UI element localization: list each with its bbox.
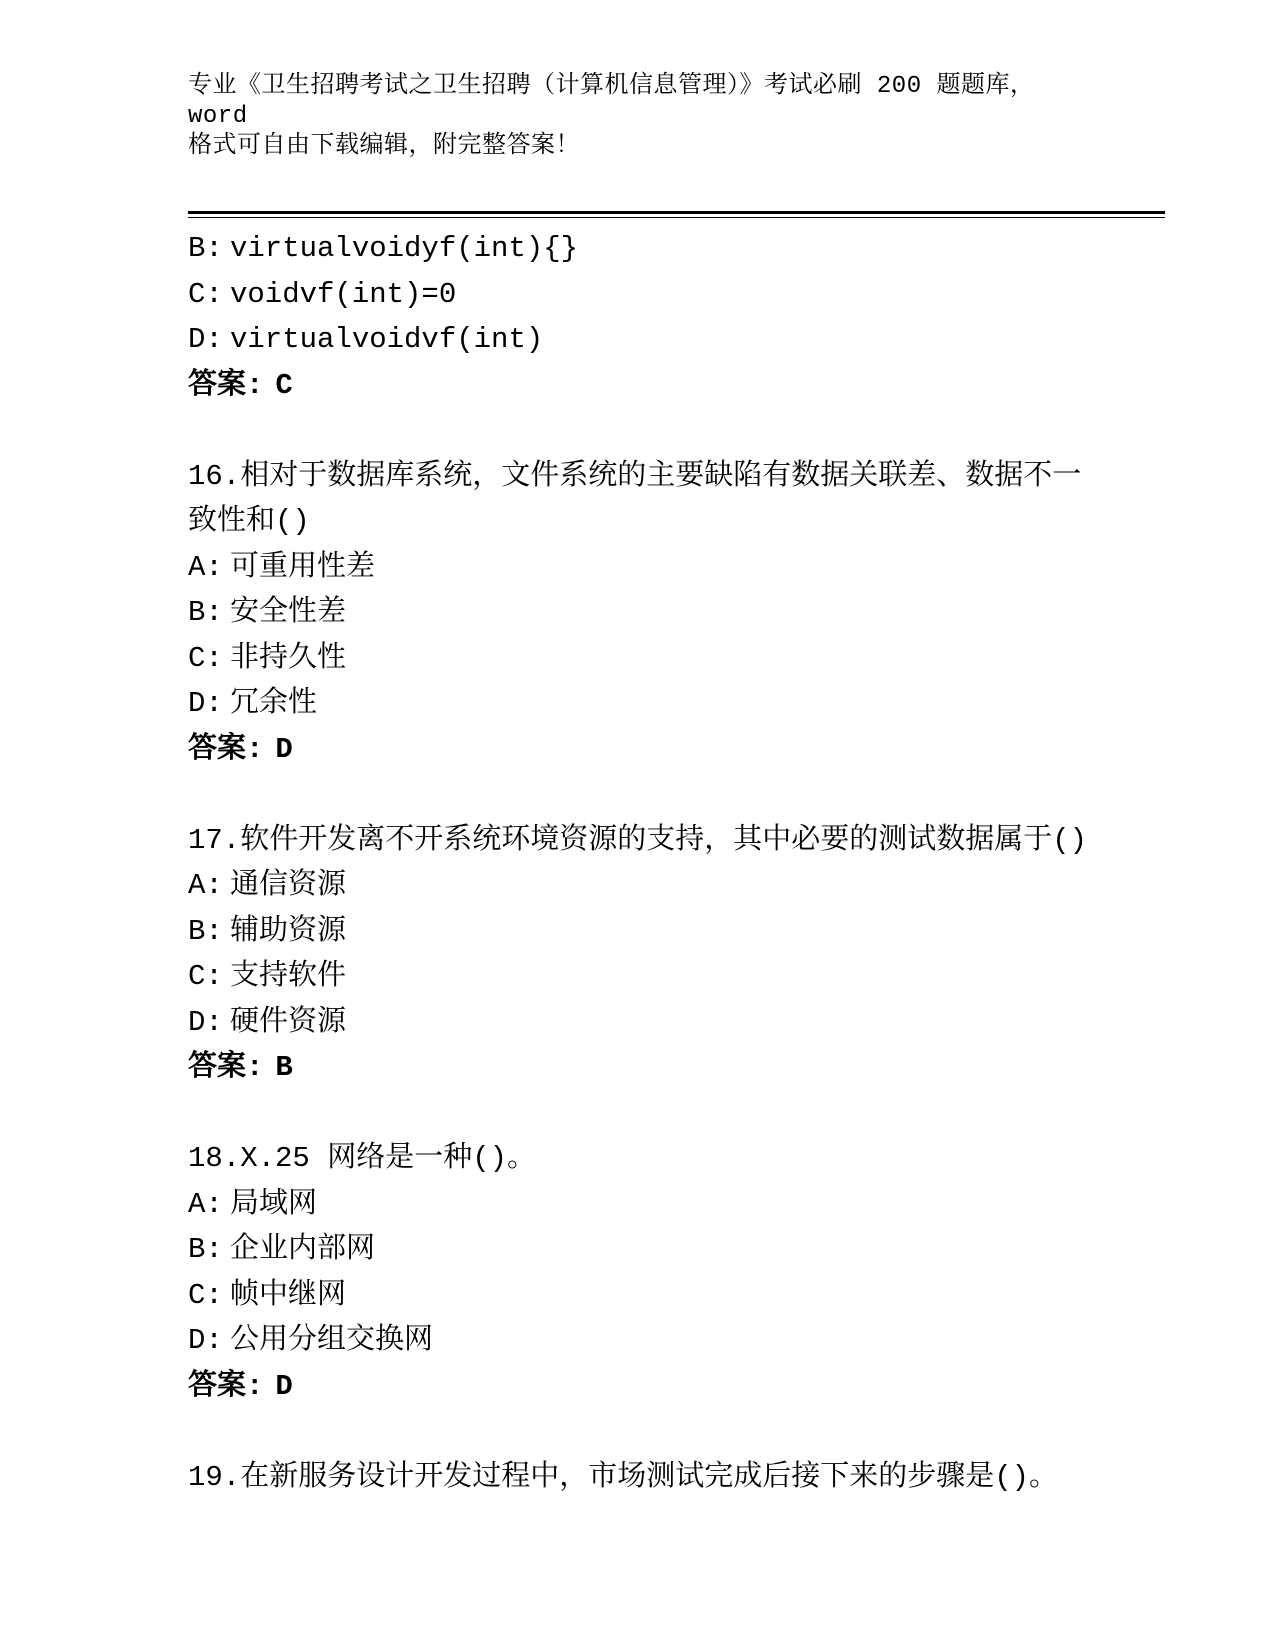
option-text: 支持软件	[230, 960, 346, 993]
option-label: A:	[188, 1182, 230, 1228]
answer-value: B	[275, 1051, 292, 1084]
option-row: C:voidvf(int)=0	[188, 272, 1090, 318]
blank-line	[188, 408, 1090, 454]
question-text-line: 17.软件开发离不开系统环境资源的支持，其中必要的测试数据属于()	[188, 818, 1090, 864]
option-row: D:硬件资源	[188, 1000, 1090, 1046]
option-label: C:	[188, 272, 230, 318]
option-row: A:通信资源	[188, 863, 1090, 909]
question-block: 16.相对于数据库系统，文件系统的主要缺陷有数据关联差、数据不一致性和()A:可…	[188, 454, 1090, 773]
answer-value: C	[275, 369, 292, 402]
option-row: A:可重用性差	[188, 545, 1090, 591]
blank-line	[188, 1091, 1090, 1137]
option-label: D:	[188, 317, 230, 363]
option-text: 非持久性	[230, 642, 346, 675]
option-label: B:	[188, 590, 230, 636]
option-row: B:virtualvoidyf(int){}	[188, 226, 1090, 272]
option-row: A:局域网	[188, 1182, 1090, 1228]
question-block: 19.在新服务设计开发过程中，市场测试完成后接下来的步骤是()。	[188, 1455, 1090, 1501]
option-text: 冗余性	[230, 687, 317, 720]
option-label: A:	[188, 863, 230, 909]
question-text-line: 19.在新服务设计开发过程中，市场测试完成后接下来的步骤是()。	[188, 1455, 1090, 1501]
answer-row: 答案:D	[188, 727, 1090, 773]
option-text: 硬件资源	[230, 1006, 346, 1039]
option-row: C:支持软件	[188, 954, 1090, 1000]
question-text-line: 18.X.25 网络是一种()。	[188, 1136, 1090, 1182]
option-row: C:帧中继网	[188, 1273, 1090, 1319]
document-page: 专业《卫生招聘考试之卫生招聘（计算机信息管理）》考试必刷 200 题题库，wor…	[0, 0, 1275, 1650]
option-text: 帧中继网	[230, 1279, 346, 1312]
option-text: 安全性差	[230, 596, 346, 629]
question-block: B:virtualvoidyf(int){}C:voidvf(int)=0D:v…	[188, 226, 1090, 408]
answer-label: 答案:	[188, 369, 263, 402]
option-row: B:安全性差	[188, 590, 1090, 636]
question-text-line: 16.相对于数据库系统，文件系统的主要缺陷有数据关联差、数据不一	[188, 454, 1090, 500]
question-text-line: 致性和()	[188, 499, 1090, 545]
option-text: 通信资源	[230, 869, 346, 902]
questions-container: B:virtualvoidyf(int){}C:voidvf(int)=0D:v…	[188, 226, 1090, 1500]
option-label: B:	[188, 1227, 230, 1273]
option-row: D:公用分组交换网	[188, 1318, 1090, 1364]
answer-label: 答案:	[188, 1051, 263, 1084]
question-block: 17.软件开发离不开系统环境资源的支持，其中必要的测试数据属于()A:通信资源B…	[188, 818, 1090, 1091]
option-label: D:	[188, 681, 230, 727]
option-label: A:	[188, 545, 230, 591]
option-text: voidvf(int)=0	[230, 278, 456, 311]
answer-row: 答案:B	[188, 1045, 1090, 1091]
option-text: virtualvoidyf(int){}	[230, 232, 578, 265]
header-text-line1: 专业《卫生招聘考试之卫生招聘（计算机信息管理）》考试必刷 200 题题库，wor…	[188, 72, 1090, 132]
header-divider-double-rule	[188, 211, 1165, 218]
answer-value: D	[275, 733, 292, 766]
option-row: B:辅助资源	[188, 909, 1090, 955]
answer-row: 答案:C	[188, 363, 1090, 409]
option-text: 公用分组交换网	[230, 1324, 433, 1357]
option-row: D:冗余性	[188, 681, 1090, 727]
option-text: 可重用性差	[230, 551, 375, 584]
option-label: D:	[188, 1318, 230, 1364]
page-header: 专业《卫生招聘考试之卫生招聘（计算机信息管理）》考试必刷 200 题题库，wor…	[188, 72, 1090, 162]
option-text: 辅助资源	[230, 915, 346, 948]
option-text: 局域网	[230, 1188, 317, 1221]
answer-row: 答案:D	[188, 1364, 1090, 1410]
option-row: D:virtualvoidvf(int)	[188, 317, 1090, 363]
option-row: C:非持久性	[188, 636, 1090, 682]
option-label: C:	[188, 1273, 230, 1319]
option-text: virtualvoidvf(int)	[230, 323, 543, 356]
blank-line	[188, 772, 1090, 818]
option-row: B:企业内部网	[188, 1227, 1090, 1273]
option-label: D:	[188, 1000, 230, 1046]
question-block: 18.X.25 网络是一种()。A:局域网B:企业内部网C:帧中继网D:公用分组…	[188, 1136, 1090, 1409]
blank-line	[188, 1409, 1090, 1455]
option-text: 企业内部网	[230, 1233, 375, 1266]
answer-label: 答案:	[188, 1370, 263, 1403]
option-label: C:	[188, 636, 230, 682]
option-label: C:	[188, 954, 230, 1000]
option-label: B:	[188, 226, 230, 272]
option-label: B:	[188, 909, 230, 955]
header-text-line2: 格式可自由下载编辑，附完整答案！	[188, 132, 1090, 162]
answer-label: 答案:	[188, 733, 263, 766]
answer-value: D	[275, 1370, 292, 1403]
